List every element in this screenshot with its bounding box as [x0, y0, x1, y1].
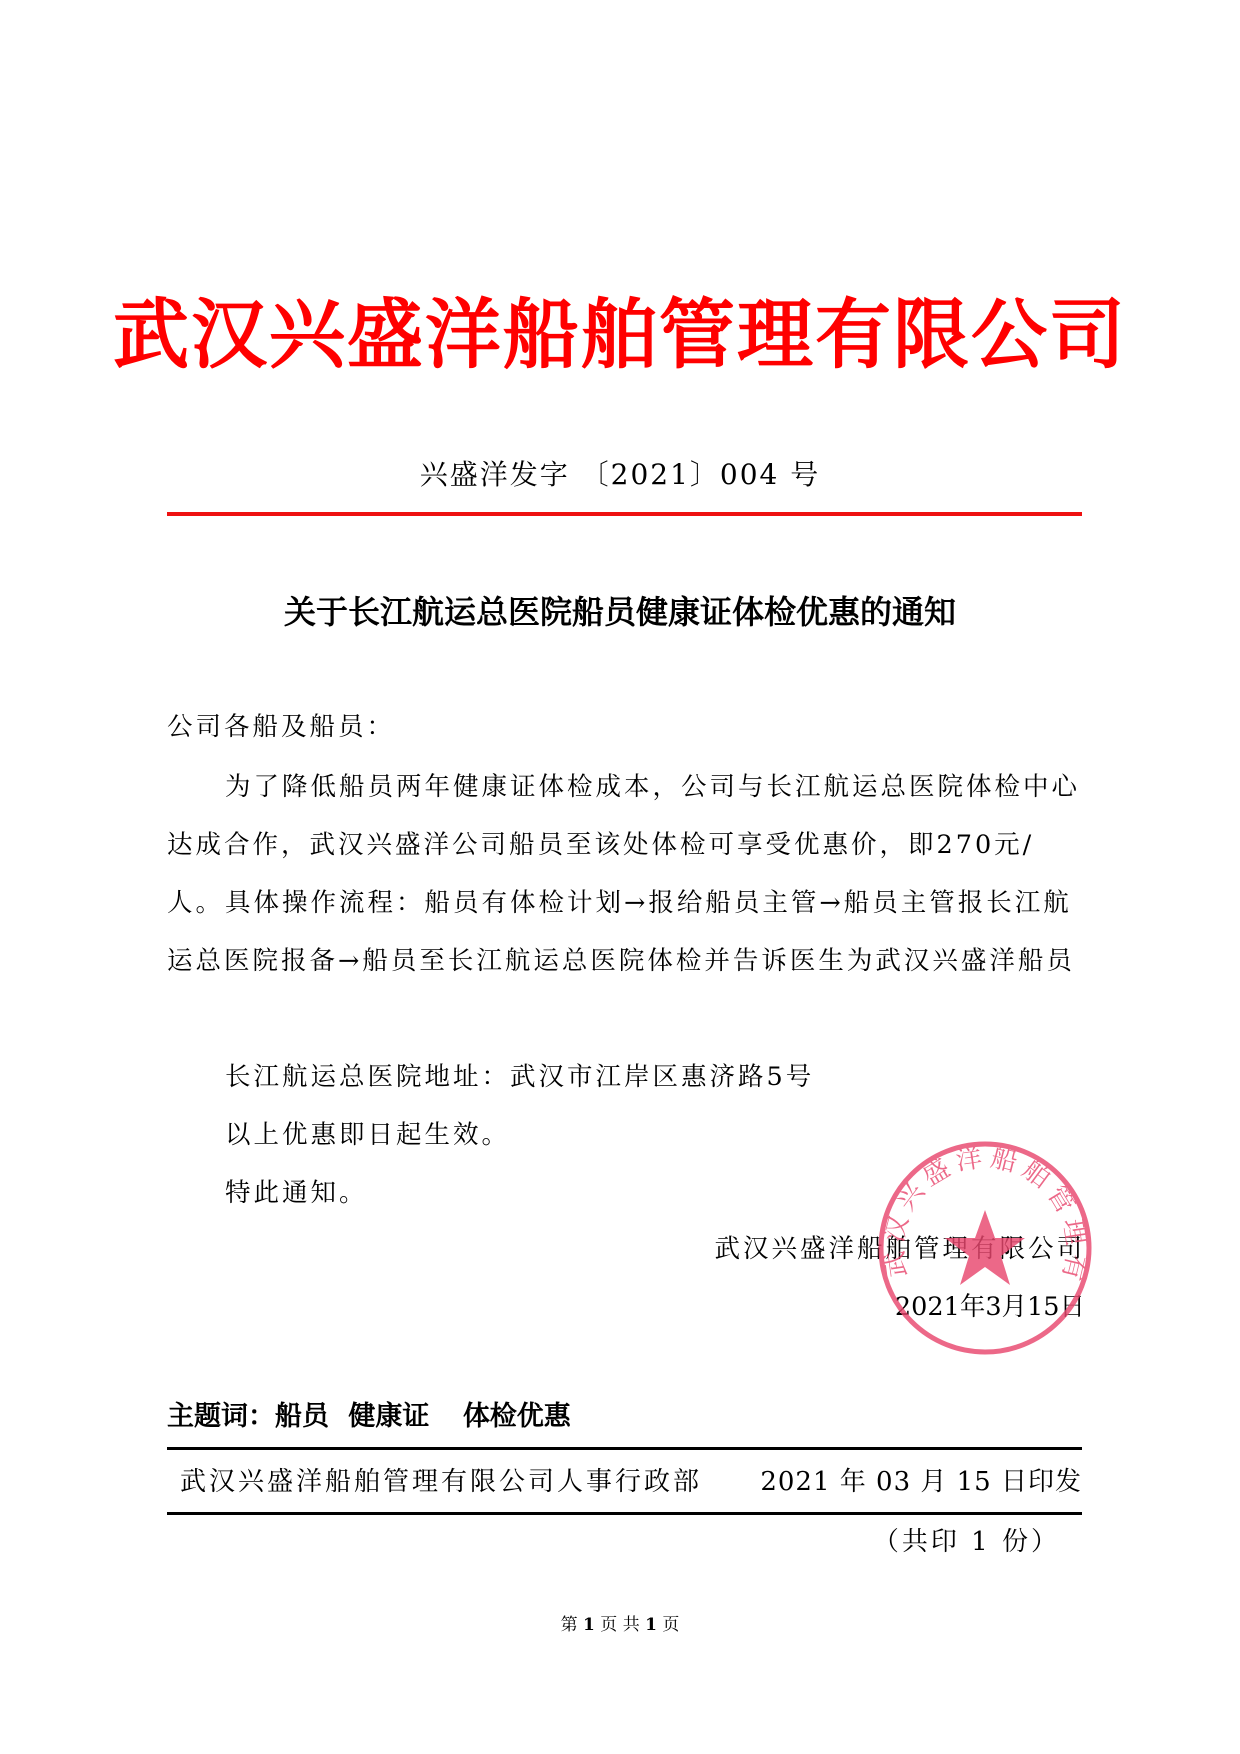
keyword: 体检优惠	[463, 1401, 571, 1432]
issue-date: 2021 年 03 月 15 日印发	[760, 1462, 1082, 1502]
keywords-label: 主题词：	[167, 1401, 275, 1432]
keywords-line: 主题词：船员 健康证 体检优惠	[167, 1397, 581, 1437]
page-prefix: 第	[561, 1615, 578, 1635]
notice-title: 关于长江航运总医院船员健康证体检优惠的通知	[0, 590, 1240, 634]
salutation: 公司各船及船员：	[167, 707, 1085, 747]
paragraph-procedure: 具体操作流程：船员有体检计划→报给船员主管→船员主管报长江航运总医院报备→船员至…	[167, 874, 1085, 990]
red-divider	[167, 512, 1082, 516]
letterhead-company-name: 武汉兴盛洋船舶管理有限公司	[0, 290, 1240, 380]
issuer: 武汉兴盛洋船舶管理有限公司人事行政部	[167, 1467, 702, 1497]
paragraph-address: 长江航运总医院地址：武汉市江岸区惠济路5号	[167, 1048, 1085, 1106]
total-pages: 1	[645, 1615, 657, 1635]
page-mid: 页 共	[600, 1615, 639, 1635]
black-divider-top	[167, 1447, 1082, 1450]
page-number: 第 1 页 共 1 页	[0, 1613, 1240, 1637]
document-number: 兴盛洋发字 〔2021〕004 号	[0, 455, 1240, 495]
star-icon	[945, 1210, 1025, 1285]
copies-count: （共印 1 份）	[873, 1522, 1060, 1562]
page-suffix: 页	[662, 1615, 679, 1635]
print-info-line: 武汉兴盛洋船舶管理有限公司人事行政部 2021 年 03 月 15 日印发	[167, 1462, 1082, 1502]
company-seal: 武汉兴盛洋船舶管理有限公司	[875, 1138, 1095, 1358]
keyword: 健康证	[348, 1401, 429, 1432]
current-page: 1	[583, 1615, 595, 1635]
keyword: 船员	[275, 1401, 329, 1432]
black-divider-bottom	[167, 1512, 1082, 1515]
